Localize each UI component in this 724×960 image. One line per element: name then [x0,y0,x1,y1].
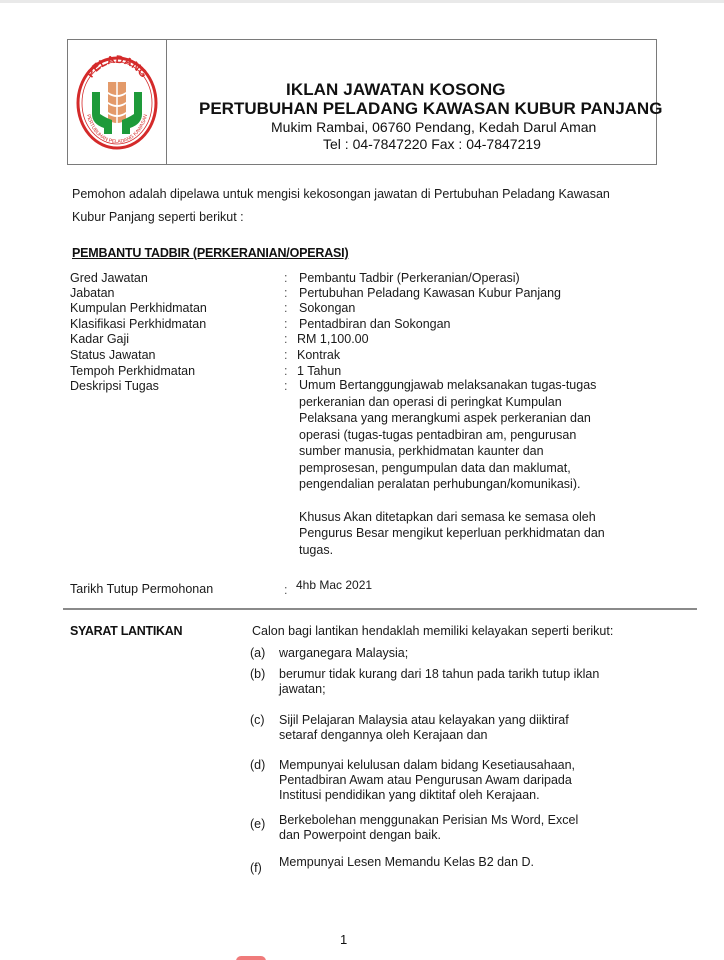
page-number: 1 [340,932,347,947]
requirement-letter: (c) [250,713,265,728]
detail-value: RM 1,100.00 [297,332,369,346]
detail-separator: : [284,332,287,346]
organization-address: Mukim Rambai, 06760 Pendang, Kedah Darul… [271,119,596,135]
requirement-item: (e)Berkebolehan menggunakan Perisian Ms … [250,813,600,843]
detail-row: Kadar Gaji:RM 1,100.00 [70,332,630,347]
detail-value: Sokongan [299,301,355,315]
requirements-title: SYARAT LANTIKAN [70,624,182,638]
requirement-text: warganegara Malaysia; [279,646,600,661]
detail-value: Pertubuhan Peladang Kawasan Kubur Panjan… [299,286,561,300]
detail-row: Klasifikasi Perkhidmatan:Pentadbiran dan… [70,317,630,332]
detail-separator: : [284,364,287,378]
requirement-item: (c)Sijil Pelajaran Malaysia atau kelayak… [250,713,600,743]
detail-value: 1 Tahun [297,364,341,378]
detail-separator: : [284,286,287,300]
letterhead-divider [166,40,167,164]
requirements-intro: Calon bagi lantikan hendaklah memiliki k… [252,624,613,638]
detail-separator: : [284,301,287,315]
requirement-letter: (f) [250,861,262,876]
section-divider [63,608,697,610]
requirement-letter: (d) [250,758,265,773]
requirement-item: (a)warganegara Malaysia; [250,646,600,661]
requirement-item: (d)Mempunyai kelulusan dalam bidang Kese… [250,758,600,803]
detail-row: Status Jawatan:Kontrak [70,348,630,363]
detail-row: Gred Jawatan:Pembantu Tadbir (Perkerania… [70,271,630,286]
requirement-letter: (b) [250,667,265,682]
closing-date-value: 4hb Mac 2021 [296,578,372,592]
requirement-letter: (a) [250,646,265,661]
requirement-text: berumur tidak kurang dari 18 tahun pada … [279,667,600,697]
intro-paragraph: Pemohon adalah dipelawa untuk mengisi ke… [72,183,612,229]
detail-separator: : [284,271,287,285]
letterhead: PELADANG PERTUBUHAN PELADANG KAWASAN IKL… [67,39,657,165]
position-title: PEMBANTU TADBIR (PERKERANIAN/OPERASI) [72,246,348,260]
detail-separator: : [284,317,287,331]
detail-row: Jabatan:Pertubuhan Peladang Kawasan Kubu… [70,286,630,301]
detail-label: Deskripsi Tugas [70,379,159,393]
detail-label: Kadar Gaji [70,332,129,346]
organization-name: PERTUBUHAN PELADANG KAWASAN KUBUR PANJAN… [199,99,662,119]
requirement-text: Sijil Pelajaran Malaysia atau kelayakan … [279,713,600,743]
detail-label: Tempoh Perkhidmatan [70,364,195,378]
requirement-text: Mempunyai Lesen Memandu Kelas B2 dan D. [279,855,600,870]
detail-separator: : [284,348,287,362]
requirement-text: Mempunyai kelulusan dalam bidang Kesetia… [279,758,600,803]
requirement-text: Berkebolehan menggunakan Perisian Ms Wor… [279,813,600,843]
description-specific: Khusus Akan ditetapkan dari semasa ke se… [299,509,609,559]
detail-value: Kontrak [297,348,340,362]
detail-label: Status Jawatan [70,348,155,362]
detail-separator: : [284,379,287,393]
bottom-overlay-tab [236,956,266,960]
requirement-item: (b)berumur tidak kurang dari 18 tahun pa… [250,667,600,697]
closing-date-label: Tarikh Tutup Permohonan [70,582,213,596]
top-edge [0,0,724,3]
requirement-item: (f)Mempunyai Lesen Memandu Kelas B2 dan … [250,855,600,870]
organization-contact: Tel : 04-7847220 Fax : 04-7847219 [323,136,541,152]
description-general: Umum Bertanggungjawab melaksanakan tugas… [299,377,609,493]
closing-date-separator: : [284,583,287,597]
detail-label: Kumpulan Perkhidmatan [70,301,207,315]
requirement-letter: (e) [250,817,265,832]
job-description: Umum Bertanggungjawab melaksanakan tugas… [299,377,609,574]
detail-value: Pentadbiran dan Sokongan [299,317,451,331]
detail-label: Jabatan [70,286,114,300]
peladang-logo-icon: PELADANG PERTUBUHAN PELADANG KAWASAN [74,54,160,152]
detail-value: Pembantu Tadbir (Perkeranian/Operasi) [299,271,520,285]
detail-label: Klasifikasi Perkhidmatan [70,317,206,331]
advert-title: IKLAN JAWATAN KOSONG [286,80,506,100]
detail-label: Gred Jawatan [70,271,148,285]
detail-row: Kumpulan Perkhidmatan:Sokongan [70,301,630,316]
